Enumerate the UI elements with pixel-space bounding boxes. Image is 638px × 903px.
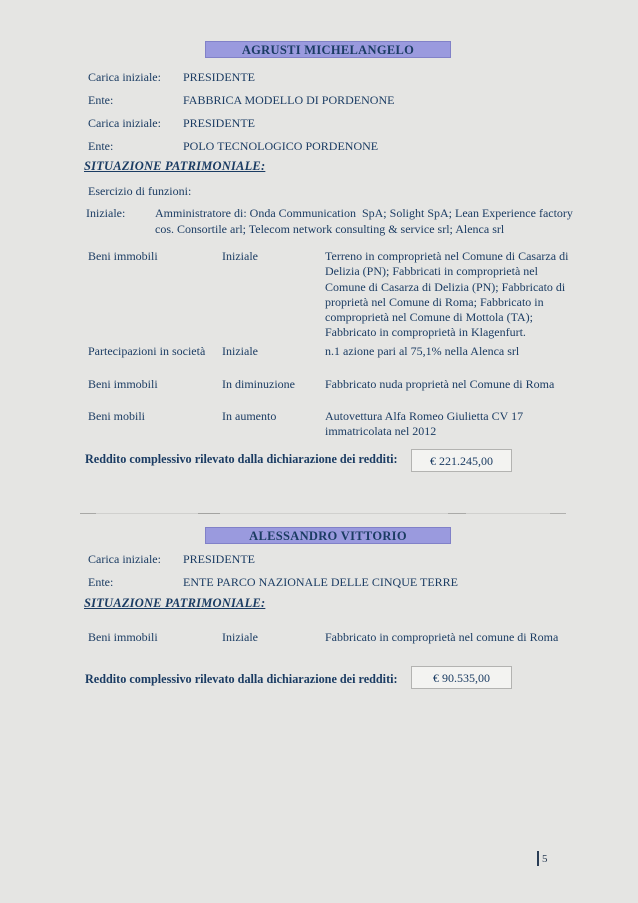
functions-description: Amministratore di: Onda Communication Sp… [155, 206, 573, 237]
role-label: Ente: [88, 93, 113, 108]
page-number-value: 5 [542, 853, 548, 865]
section-heading-situazione-patrimoniale: SITUAZIONE PATRIMONIALE: [84, 596, 265, 611]
role-value: FABBRICA MODELLO DI PORDENONE [183, 93, 394, 108]
page-number-bar-icon [537, 851, 539, 866]
asset-description: Terreno in comproprietà nel Comune di Ca… [325, 249, 575, 341]
role-value: POLO TECNOLOGICO PORDENONE [183, 139, 378, 154]
role-label: Carica iniziale: [88, 552, 161, 567]
asset-phase: In aumento [222, 409, 322, 424]
asset-description: Fabbricato nuda proprietà nel Comune di … [325, 377, 575, 392]
role-label: Ente: [88, 575, 113, 590]
role-label: Carica iniziale: [88, 116, 161, 131]
income-label: Reddito complessivo rilevato dalla dichi… [85, 452, 398, 467]
asset-description: Fabbricato in comproprietà nel comune di… [325, 630, 577, 645]
role-label: Carica iniziale: [88, 70, 161, 85]
role-value: PRESIDENTE [183, 70, 255, 85]
role-label: Ente: [88, 139, 113, 154]
document-page: AGRUSTI MICHELANGELO Carica iniziale: PR… [0, 0, 638, 903]
entry-name-banner: AGRUSTI MICHELANGELO [205, 41, 451, 58]
asset-category: Beni immobili [88, 249, 220, 264]
asset-phase: Iniziale [222, 344, 322, 359]
asset-description: n.1 azione pari al 75,1% nella Alenca sr… [325, 344, 575, 359]
asset-phase: Iniziale [222, 249, 322, 264]
income-value-box: € 221.245,00 [411, 449, 512, 472]
section-heading-situazione-patrimoniale: SITUAZIONE PATRIMONIALE: [84, 159, 265, 174]
asset-category: Beni immobili [88, 630, 220, 645]
asset-phase: Iniziale [222, 630, 322, 645]
section-separator-line [80, 513, 566, 514]
income-value-box: € 90.535,00 [411, 666, 512, 689]
asset-category: Beni mobili [88, 409, 220, 424]
role-value: PRESIDENTE [183, 116, 255, 131]
role-value: ENTE PARCO NAZIONALE DELLE CINQUE TERRE [183, 575, 458, 590]
asset-category: Partecipazioni in società [88, 344, 220, 359]
entry-name-banner: ALESSANDRO VITTORIO [205, 527, 451, 544]
page-number: 5 [537, 850, 548, 867]
functions-heading: Esercizio di funzioni: [88, 184, 191, 199]
functions-phase-label: Iniziale: [86, 206, 125, 221]
income-label: Reddito complessivo rilevato dalla dichi… [85, 672, 398, 687]
asset-description: Autovettura Alfa Romeo Giulietta CV 17 i… [325, 409, 575, 440]
asset-phase: In diminuzione [222, 377, 322, 392]
role-value: PRESIDENTE [183, 552, 255, 567]
asset-category: Beni immobili [88, 377, 220, 392]
